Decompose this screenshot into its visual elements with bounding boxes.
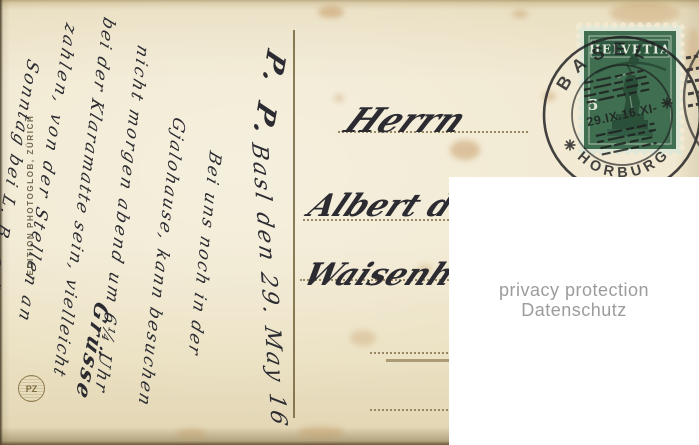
handwriting-line: nicht morgen abend um 6¼ Uhr <box>91 42 153 397</box>
address-dotted-line <box>338 131 528 133</box>
card-bottom-edge <box>0 441 460 445</box>
card-left-edge <box>0 0 3 445</box>
handwriting-line: zahlen, von der Stellen an <box>14 19 80 327</box>
handwriting-line: Bei uns noch in der <box>184 147 225 359</box>
asterisk-icon <box>662 98 673 109</box>
foxing-spot <box>350 330 376 346</box>
privacy-text-line1: privacy protection <box>499 280 649 300</box>
publisher-monogram: PZ <box>26 384 38 394</box>
adjacent-postmark-arc <box>684 18 699 178</box>
privacy-text-line2: Datenschutz <box>521 300 627 320</box>
divider-line <box>293 30 295 418</box>
handwriting-dateline: Basl den 29. May 16 <box>246 140 292 431</box>
handwriting-pp: P. P. <box>246 44 291 147</box>
handwriting-line: bei der Klaramatte sein, vielleicht <box>49 14 118 381</box>
foxing-spot <box>450 140 480 160</box>
publisher-logo: PZ <box>18 375 45 402</box>
foxing-spot <box>418 264 432 274</box>
foxing-spot <box>176 428 206 438</box>
asterisk-icon <box>565 140 576 151</box>
foxing-spot <box>318 6 344 18</box>
foxing-spot <box>334 94 344 102</box>
foxing-spot <box>298 426 344 438</box>
address-salutation: Herrn <box>336 101 474 141</box>
handwriting-signature: Grüsse <box>70 297 113 406</box>
privacy-overlay: privacy protection Datenschutz <box>449 177 699 445</box>
postcard-scan: EDITION PHOTOGLOB, ZÜRICH PZ P. P. Basl … <box>0 0 699 445</box>
publisher-imprint: EDITION PHOTOGLOB, ZÜRICH <box>26 95 42 295</box>
stamp-value: 5 <box>588 96 598 114</box>
handwriting-line: Gjalohause, kann besuchen <box>134 114 188 410</box>
